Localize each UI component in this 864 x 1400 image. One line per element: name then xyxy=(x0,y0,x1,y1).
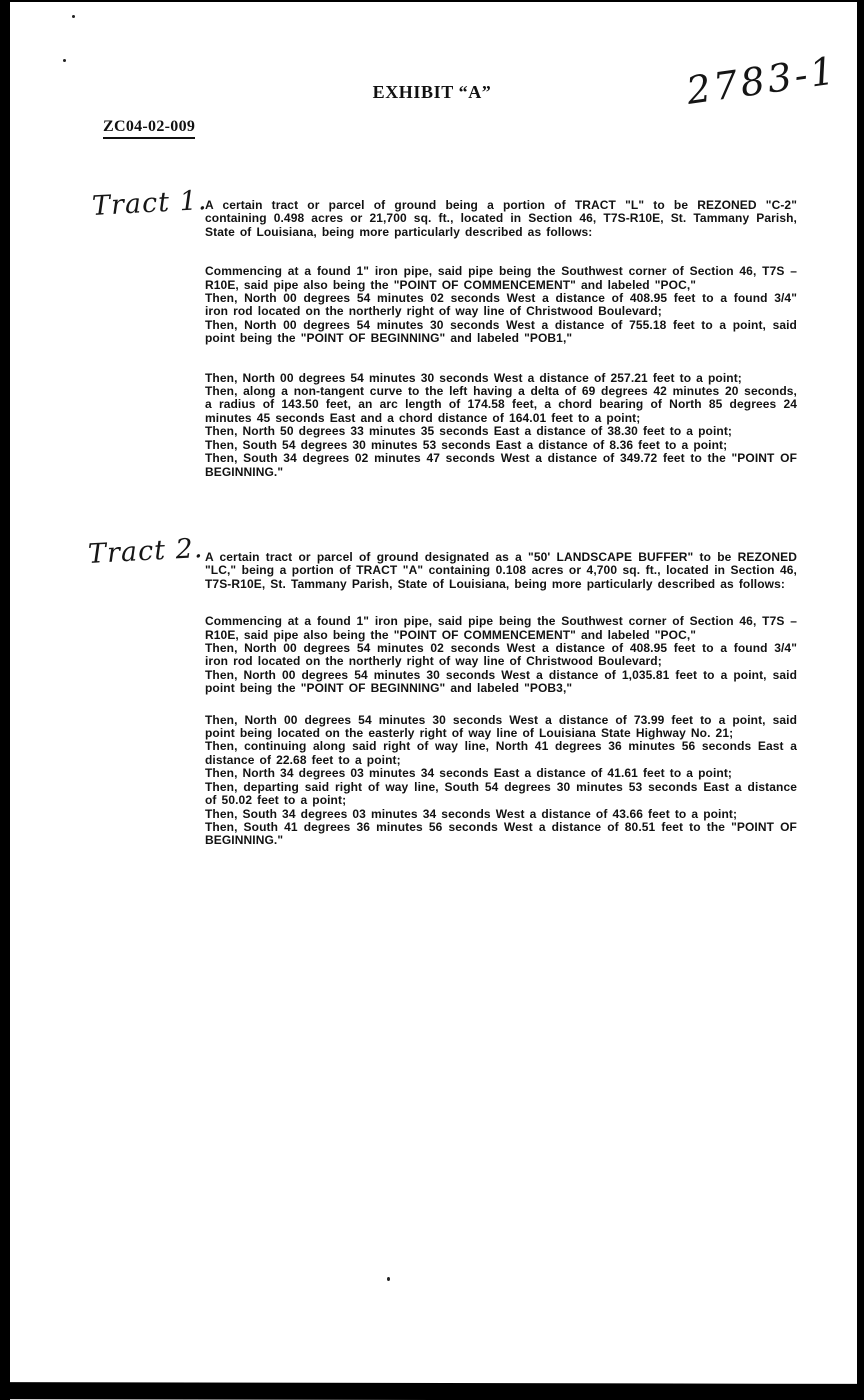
tract2-legal-description: A certain tract or parcel of ground desi… xyxy=(205,551,797,848)
tract1-legal-description: A certain tract or parcel of ground bein… xyxy=(205,199,797,479)
legal-clause: Then, South 34 degrees 02 minutes 47 sec… xyxy=(205,452,797,479)
legal-clause: Then, North 00 degrees 54 minutes 30 sec… xyxy=(205,669,797,696)
scan-edge-top xyxy=(0,0,864,2)
legal-clause: Then, North 34 degrees 03 minutes 34 sec… xyxy=(205,767,797,780)
tract1-handwritten-label: Tract 1. xyxy=(91,185,208,222)
tract1-boundary-calls-paragraph: Then, North 00 degrees 54 minutes 30 sec… xyxy=(205,372,797,479)
scan-speck xyxy=(72,15,75,18)
legal-clause: Then, North 50 degrees 33 minutes 35 sec… xyxy=(205,425,797,438)
legal-clause: Then, North 00 degrees 54 minutes 30 sec… xyxy=(205,372,797,385)
legal-clause: Then, continuing along said right of way… xyxy=(205,740,797,767)
scan-edge-right xyxy=(857,0,864,1400)
scan-speck xyxy=(387,1277,390,1281)
legal-clause: Commencing at a found 1" iron pipe, said… xyxy=(205,615,797,642)
legal-clause: Then, South 41 degrees 36 minutes 56 sec… xyxy=(205,821,797,848)
legal-clause: Commencing at a found 1" iron pipe, said… xyxy=(205,265,797,292)
tract1-commencement-paragraph: Commencing at a found 1" iron pipe, said… xyxy=(205,265,797,345)
legal-clause: Then, North 00 degrees 54 minutes 30 sec… xyxy=(205,714,797,741)
legal-clause: Then, North 00 degrees 54 minutes 02 sec… xyxy=(205,642,797,669)
tract2-intro-paragraph: A certain tract or parcel of ground desi… xyxy=(205,551,797,591)
legal-clause: Then, South 34 degrees 03 minutes 34 sec… xyxy=(205,808,797,821)
handwritten-docket-number: 2783-1 xyxy=(684,47,849,113)
legal-clause: Then, departing said right of way line, … xyxy=(205,781,797,808)
tract2-commencement-paragraph: Commencing at a found 1" iron pipe, said… xyxy=(205,615,797,695)
legal-clause: Then, North 00 degrees 54 minutes 02 sec… xyxy=(205,292,797,319)
scan-speck xyxy=(63,59,66,62)
scan-edge-bottom xyxy=(0,1382,864,1400)
scan-edge-left xyxy=(0,0,10,1400)
tract1-intro-paragraph: A certain tract or parcel of ground bein… xyxy=(205,199,797,239)
legal-clause: Then, along a non-tangent curve to the l… xyxy=(205,385,797,425)
tract2-handwritten-label: Tract 2. xyxy=(87,533,204,570)
tract2-boundary-calls-paragraph: Then, North 00 degrees 54 minutes 30 sec… xyxy=(205,714,797,848)
case-number: ZC04-02-009 xyxy=(103,118,195,139)
legal-clause: Then, South 54 degrees 30 minutes 53 sec… xyxy=(205,439,797,452)
scanned-document-page: EXHIBIT “A” 2783-1 ZC04-02-009 Tract 1. … xyxy=(0,0,864,1400)
legal-clause: Then, North 00 degrees 54 minutes 30 sec… xyxy=(205,319,797,346)
